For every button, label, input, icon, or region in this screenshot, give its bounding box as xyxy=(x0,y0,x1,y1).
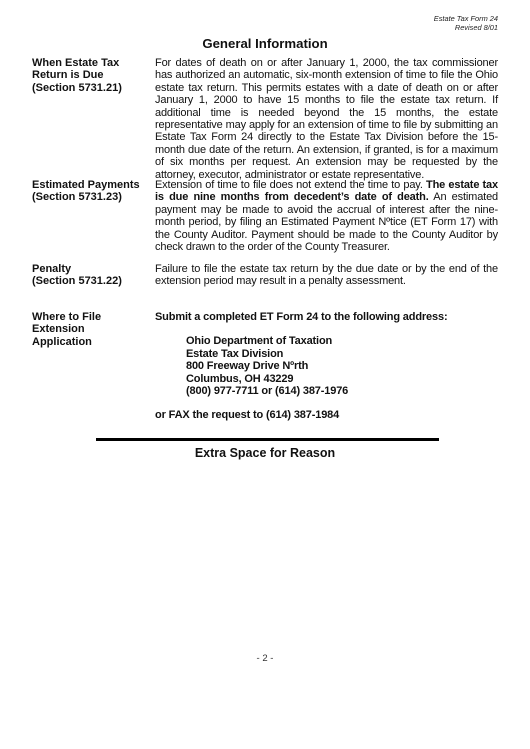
phone-numbers: (800) 977-7711 or (614) 387-1976 xyxy=(186,385,498,397)
section-text: For dates of death on or after January 1… xyxy=(155,57,498,181)
mailing-address: Ohio Department of Taxation Estate Tax D… xyxy=(186,335,498,397)
section-text: Extension of time to file does not exten… xyxy=(155,179,498,253)
extra-space-area[interactable] xyxy=(96,466,439,636)
section-label: When Estate Tax Return is Due (Section 5… xyxy=(32,57,152,94)
divider-rule xyxy=(96,438,439,441)
submit-instruction: Submit a completed ET Form 24 to the fol… xyxy=(155,311,498,323)
section-label: Estimated Payments (Section 5731.23) xyxy=(32,179,152,204)
address-line: Ohio Department of Taxation xyxy=(186,335,498,347)
form-identifier: Estate Tax Form 24 Revised 8/01 xyxy=(434,14,498,32)
address-line: Columbus, OH 43229 xyxy=(186,373,498,385)
section-text: Failure to file the estate tax return by… xyxy=(155,263,498,288)
section-label: Penalty (Section 5731.22) xyxy=(32,263,152,288)
section-label: Where to File Extension Application xyxy=(32,311,152,348)
page-title: General Information xyxy=(0,36,530,52)
address-line: Estate Tax Division xyxy=(186,348,498,360)
address-line: 800 Freeway Drive Nºrth xyxy=(186,360,498,372)
form-name: Estate Tax Form 24 xyxy=(434,14,498,23)
fax-instruction: or FAX the request to (614) 387-1984 xyxy=(155,409,498,421)
page-number: - 2 - xyxy=(0,653,530,664)
section-text: Submit a completed ET Form 24 to the fol… xyxy=(155,311,498,422)
extra-space-title: Extra Space for Reason xyxy=(0,446,530,461)
revision-date: Revised 8/01 xyxy=(434,23,498,32)
